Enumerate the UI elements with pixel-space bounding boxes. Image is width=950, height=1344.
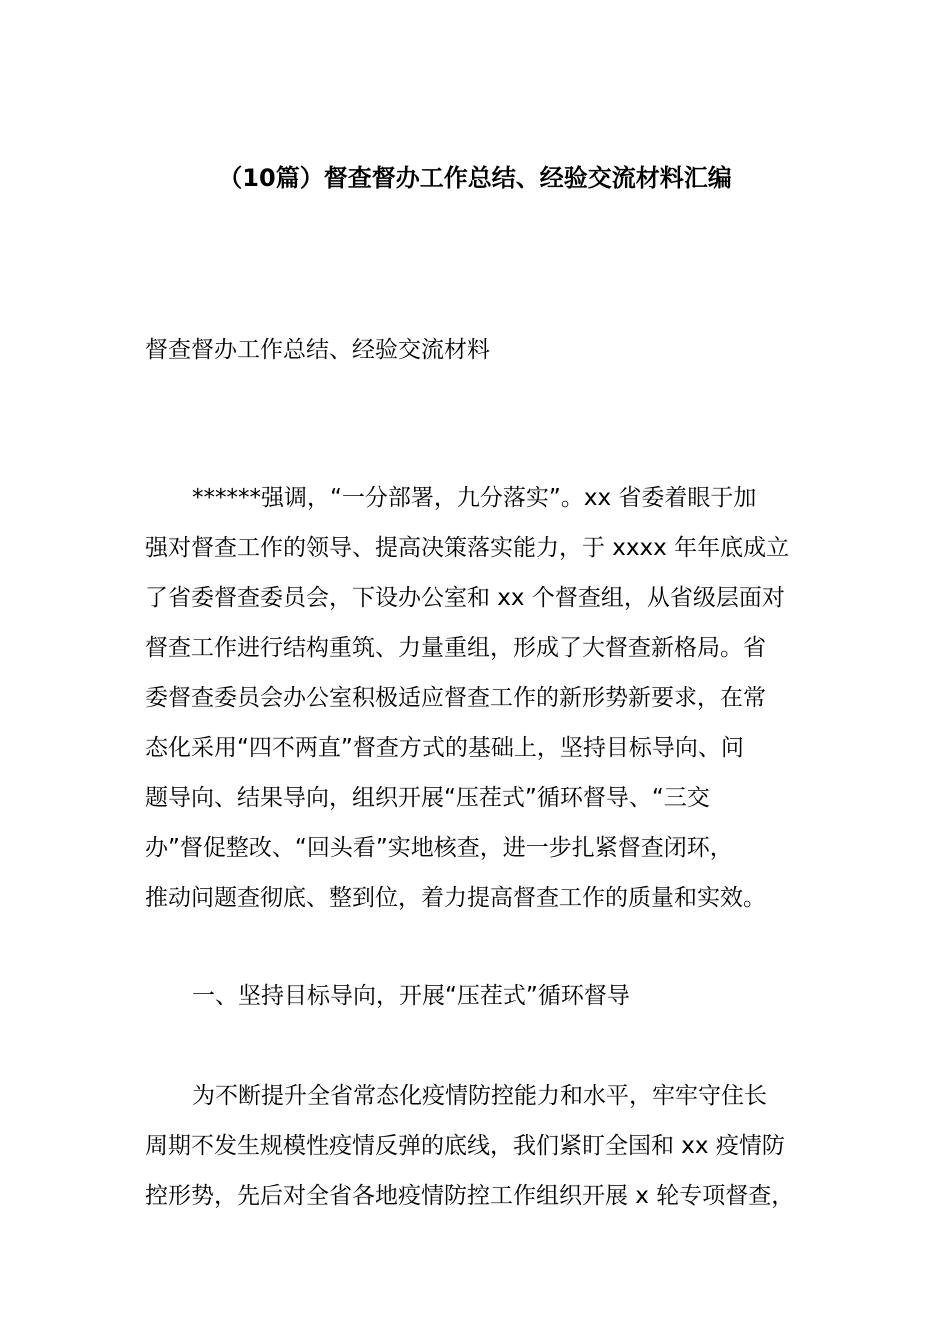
document-subtitle: 督查督办工作总结、经验交流材料	[145, 333, 490, 367]
paragraph-line: 强对督查工作的领导、提高决策落实能力，于 xxxx 年年底成立	[145, 531, 815, 581]
paragraph-line: 题导向、结果导向，组织开展“压茬式”循环督导、“三交	[145, 781, 815, 831]
paragraph-intro: ******强调，“一分部署，九分落实”。xx 省委着眼于加 强对督查工作的领导…	[145, 481, 815, 931]
paragraph-line: 为不断提升全省常态化疫情防控能力和水平，牢牢守住长	[145, 1079, 815, 1129]
paragraph-line: 推动问题查彻底、整到位，着力提高督查工作的质量和实效。	[145, 881, 815, 931]
paragraph-line: 了省委督查委员会，下设办公室和 xx 个督查组，从省级层面对	[145, 581, 815, 631]
document-title: （10篇）督查督办工作总结、经验交流材料汇编	[0, 160, 950, 196]
paragraph-line: 办”督促整改、“回头看”实地核查，进一步扎紧督查闭环，	[145, 831, 815, 881]
paragraph-line: 周期不发生规模性疫情反弹的底线，我们紧盯全国和 xx 疫情防	[145, 1129, 815, 1179]
paragraph-section-1: 为不断提升全省常态化疫情防控能力和水平，牢牢守住长 周期不发生规模性疫情反弹的底…	[145, 1079, 815, 1229]
paragraph-line: 督查工作进行结构重筑、力量重组，形成了大督查新格局。省	[145, 631, 815, 681]
paragraph-line: 态化采用“四不两直”督查方式的基础上，坚持目标导向、问	[145, 731, 815, 781]
section-heading: 一、坚持目标导向，开展“压茬式”循环督导	[192, 979, 630, 1013]
paragraph-line: 控形势，先后对全省各地疫情防控工作组织开展 x 轮专项督查，	[145, 1179, 815, 1229]
document-page: （10篇）督查督办工作总结、经验交流材料汇编 督查督办工作总结、经验交流材料 *…	[0, 0, 950, 1344]
paragraph-line: 委督查委员会办公室积极适应督查工作的新形势新要求，在常	[145, 681, 815, 731]
paragraph-line: ******强调，“一分部署，九分落实”。xx 省委着眼于加	[145, 481, 815, 531]
